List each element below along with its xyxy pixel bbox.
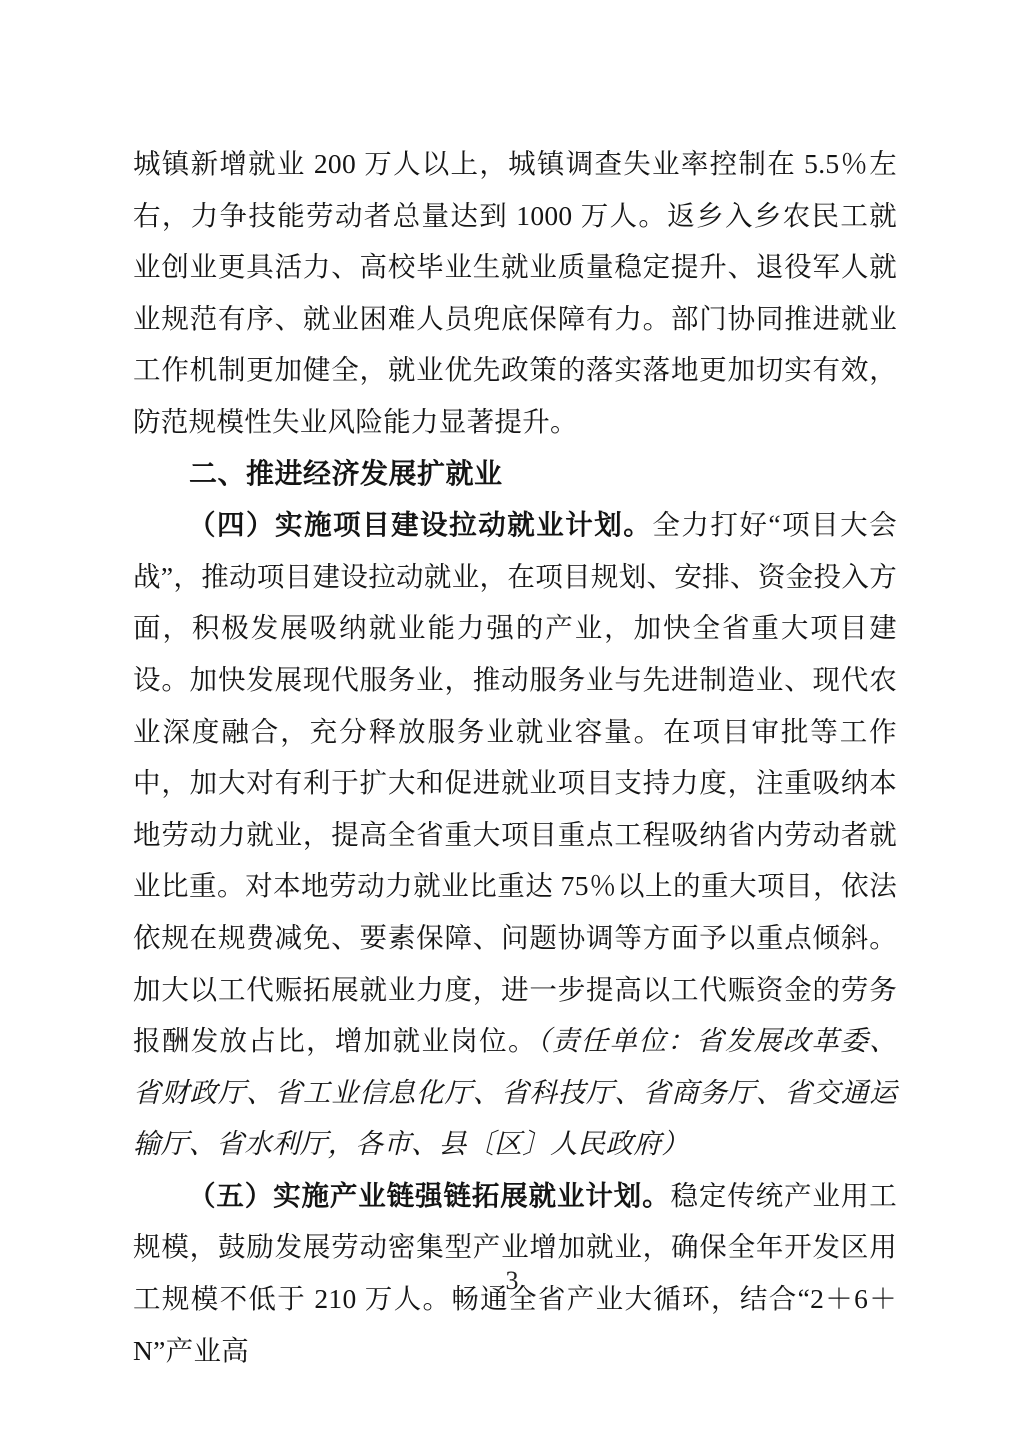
- item-4-title: （四）实施项目建设拉动就业计划。: [188, 509, 652, 540]
- section-heading-2: 二、推进经济发展扩就业: [133, 448, 897, 500]
- document-page: 城镇新增就业 200 万人以上，城镇调查失业率控制在 5.5％左右，力争技能劳动…: [0, 0, 1024, 1449]
- paragraph-intro-continuation: 城镇新增就业 200 万人以上，城镇调查失业率控制在 5.5％左右，力争技能劳动…: [133, 138, 897, 448]
- document-body: 城镇新增就业 200 万人以上，城镇调查失业率控制在 5.5％左右，力争技能劳动…: [133, 138, 897, 1376]
- item-4-text: 全力打好“项目大会战”，推动项目建设拉动就业，在项目规划、安排、资金投入方面，积…: [133, 509, 897, 1056]
- paragraph-item-4: （四）实施项目建设拉动就业计划。全力打好“项目大会战”，推动项目建设拉动就业，在…: [133, 499, 897, 1170]
- item-5-title: （五）实施产业链强链拓展就业计划。: [188, 1180, 671, 1211]
- page-number: 3: [0, 1266, 1024, 1296]
